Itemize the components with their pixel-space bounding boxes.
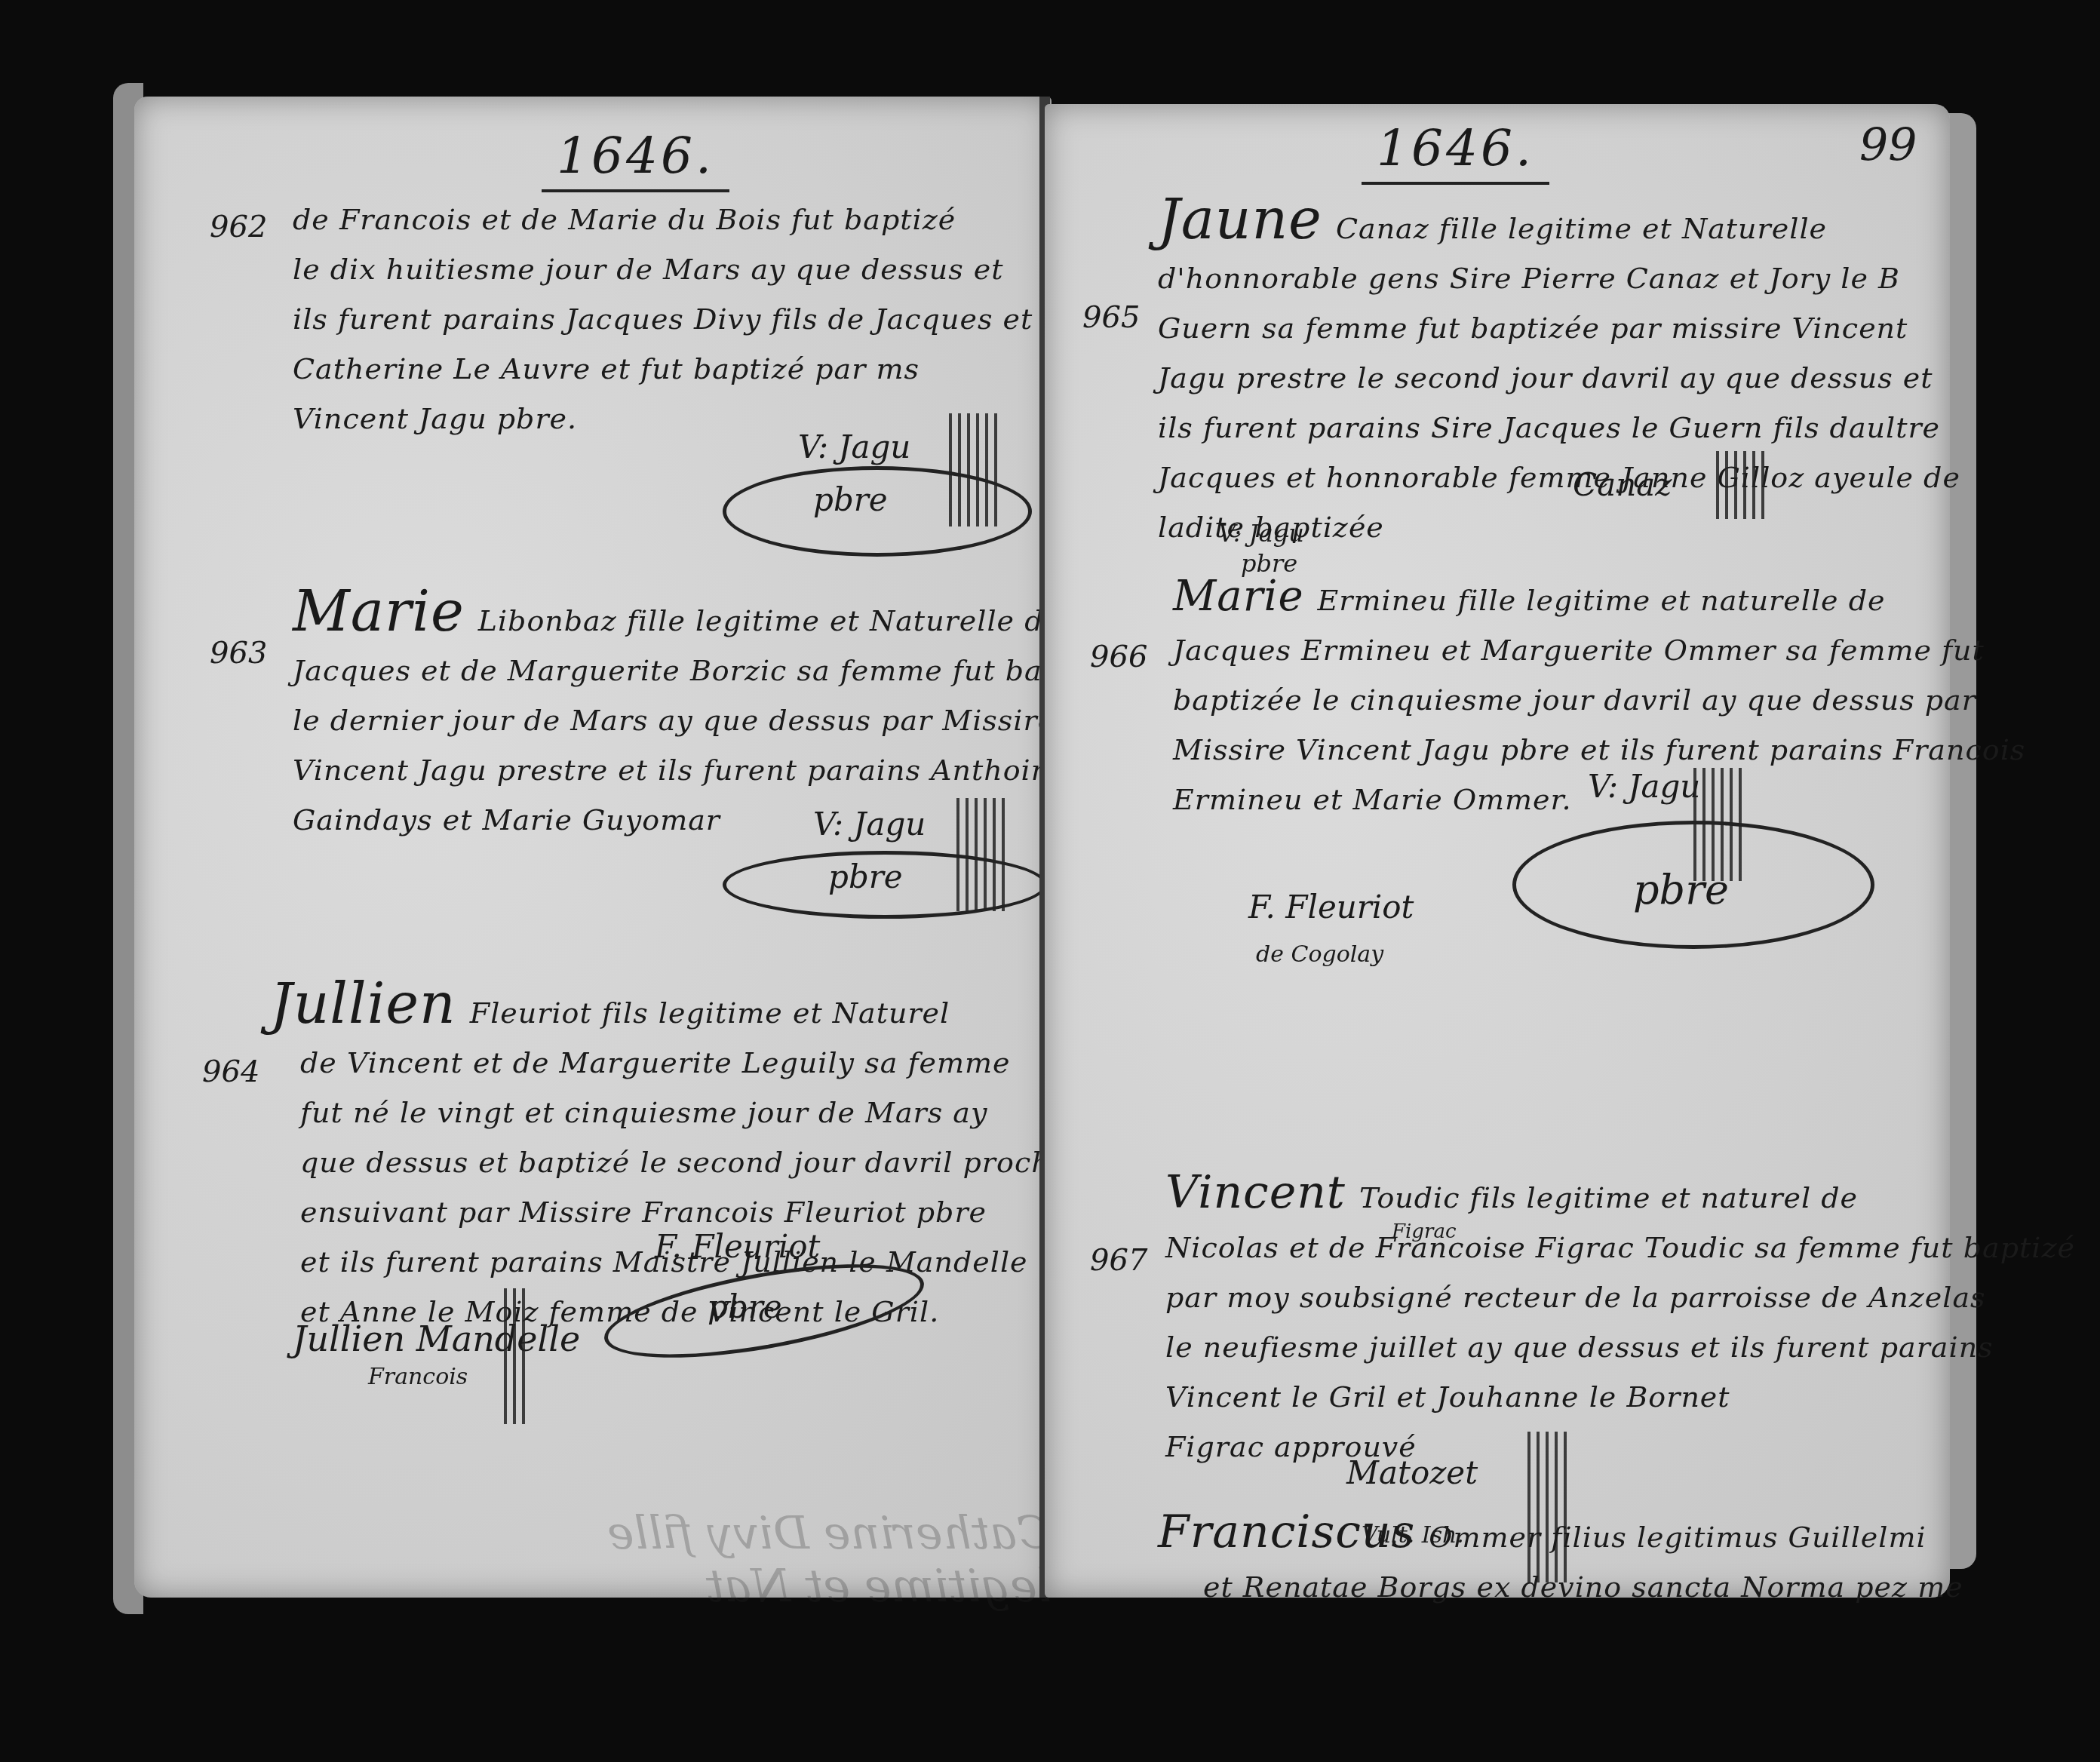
entry-line: Canaz fille legitime et Naturelle — [1336, 212, 1827, 245]
entry-line: Vincent Jagu prestre et ils furent parai… — [293, 745, 1134, 795]
entry-name: Vincent — [1165, 1168, 1346, 1217]
entry-number: 966 — [1090, 640, 1147, 674]
signature: pbre — [828, 858, 903, 895]
register-entry: FranciscusOmmer filius legitimus Guillel… — [1158, 1507, 1963, 1612]
signature: F. Fleuriot — [1248, 889, 1414, 926]
register-entry: de Francois et de Marie du Bois fut bapt… — [293, 195, 1033, 444]
register-entry: JullienFleuriot fils legitime et Naturel… — [270, 979, 1098, 1337]
entry-line: Ermineu fille legitime et naturelle de — [1318, 584, 1886, 617]
entry-line: d'honnorable gens Sire Pierre Canaz et J… — [1158, 253, 1960, 303]
signature: V: Jagu — [798, 428, 910, 465]
entry-name: Jullien — [270, 979, 456, 1029]
signature: Jullien Mandelle — [293, 1318, 580, 1359]
entry-line: et Renatae Borgs ex devino sancta Norma … — [1158, 1562, 1963, 1612]
register-entry: JauneCanaz fille legitime et Naturelle d… — [1158, 195, 1960, 552]
entry-line: le neufiesme juillet ay que dessus et il… — [1165, 1322, 2075, 1372]
entry-line: Jacques et honnorable femme Janne Gilloz… — [1158, 453, 1960, 502]
entry-line: Jagu prestre le second jour davril ay qu… — [1158, 353, 1960, 403]
bleed-through-text: Catherine Divy fille legitime et Nat — [436, 1507, 1052, 1613]
signature: pbre — [1633, 866, 1729, 913]
page-year-header: 1646. — [542, 127, 729, 192]
entry-line: Ommer filius legitimus Guillelmi — [1429, 1521, 1926, 1554]
entry-number: 967 — [1090, 1243, 1147, 1278]
folio-number: 99 — [1859, 119, 1917, 172]
signature: V: Jagu — [813, 806, 926, 843]
signature: V: Jagu — [1588, 768, 1700, 805]
entry-name: Franciscus — [1158, 1507, 1415, 1557]
signature: Matozet — [1346, 1454, 1478, 1491]
entry-line: Vincent Jagu pbre. — [293, 394, 1033, 444]
entry-line: Vincent le Gril et Jouhanne le Bornet — [1165, 1372, 2075, 1422]
entry-line: de Francois et de Marie du Bois fut bapt… — [293, 195, 1033, 244]
entry-line: le dix huitiesme jour de Mars ay que des… — [293, 244, 1033, 294]
left-page: 1646. 962 de Francois et de Marie du Boi… — [134, 97, 1052, 1598]
entry-line: Catherine Le Auvre et fut baptizé par ms — [293, 344, 1033, 394]
signature: pbre — [813, 481, 888, 518]
signature: Canaz — [1573, 466, 1672, 503]
entry-number: 965 — [1082, 300, 1140, 335]
signature: V: Jagu — [1218, 519, 1304, 548]
signature: pbre — [708, 1288, 782, 1325]
entry-line: Toudic fils legitime et naturel de — [1359, 1181, 1858, 1214]
signature-paraph — [504, 1288, 527, 1424]
entry-line: Nicolas et de Francoise Figrac Toudic sa… — [1165, 1223, 2075, 1272]
entry-line: que dessus et baptizé le second jour dav… — [270, 1137, 1098, 1187]
entry-number: 962 — [210, 210, 267, 244]
interlinear-note: Figrac — [1392, 1220, 1457, 1243]
entry-line: ils furent parains Jacques Divy fils de … — [293, 294, 1033, 344]
entry-name: Jaune — [1158, 195, 1322, 244]
entry-line: fut né le vingt et cinquiesme jour de Ma… — [270, 1088, 1098, 1137]
entry-line: baptizée le cinquiesme jour davril ay qu… — [1173, 675, 2025, 725]
signature: F. Fleuriot — [655, 1228, 820, 1265]
entry-line: Jacques et de Marguerite Borzic sa femme… — [293, 646, 1134, 695]
entry-name: Marie — [293, 587, 465, 637]
entry-line: Libonbaz fille legitime et Naturelle de — [478, 604, 1061, 637]
entry-line: Fleuriot fils legitime et Naturel — [470, 996, 950, 1030]
entry-line: de Vincent et de Marguerite Leguily sa f… — [270, 1038, 1098, 1088]
entry-line: Jacques Ermineu et Marguerite Ommer sa f… — [1173, 625, 2025, 675]
entry-line: ils furent parains Sire Jacques le Guern… — [1158, 403, 1960, 453]
entry-number: 963 — [210, 636, 267, 671]
entry-line: Guern sa femme fut baptizée par missire … — [1158, 303, 1960, 353]
entry-line: le dernier jour de Mars ay que dessus pa… — [293, 695, 1134, 745]
page-year-header: 1646. — [1362, 119, 1549, 185]
signature: Francois — [368, 1364, 468, 1390]
entry-line: par moy soubsigné recteur de la parroiss… — [1165, 1272, 2075, 1322]
entry-name: Marie — [1173, 572, 1304, 622]
signature: de Cogolay — [1256, 941, 1383, 968]
right-page: 1646. 99 965 JauneCanaz fille legitime e… — [1045, 104, 1950, 1598]
register-entry: VincentToudic fils legitime et naturel d… — [1165, 1168, 2075, 1472]
entry-line: Figrac approuvé — [1165, 1422, 2075, 1472]
signature-paraph — [1716, 451, 1769, 519]
entry-number: 964 — [202, 1054, 259, 1089]
